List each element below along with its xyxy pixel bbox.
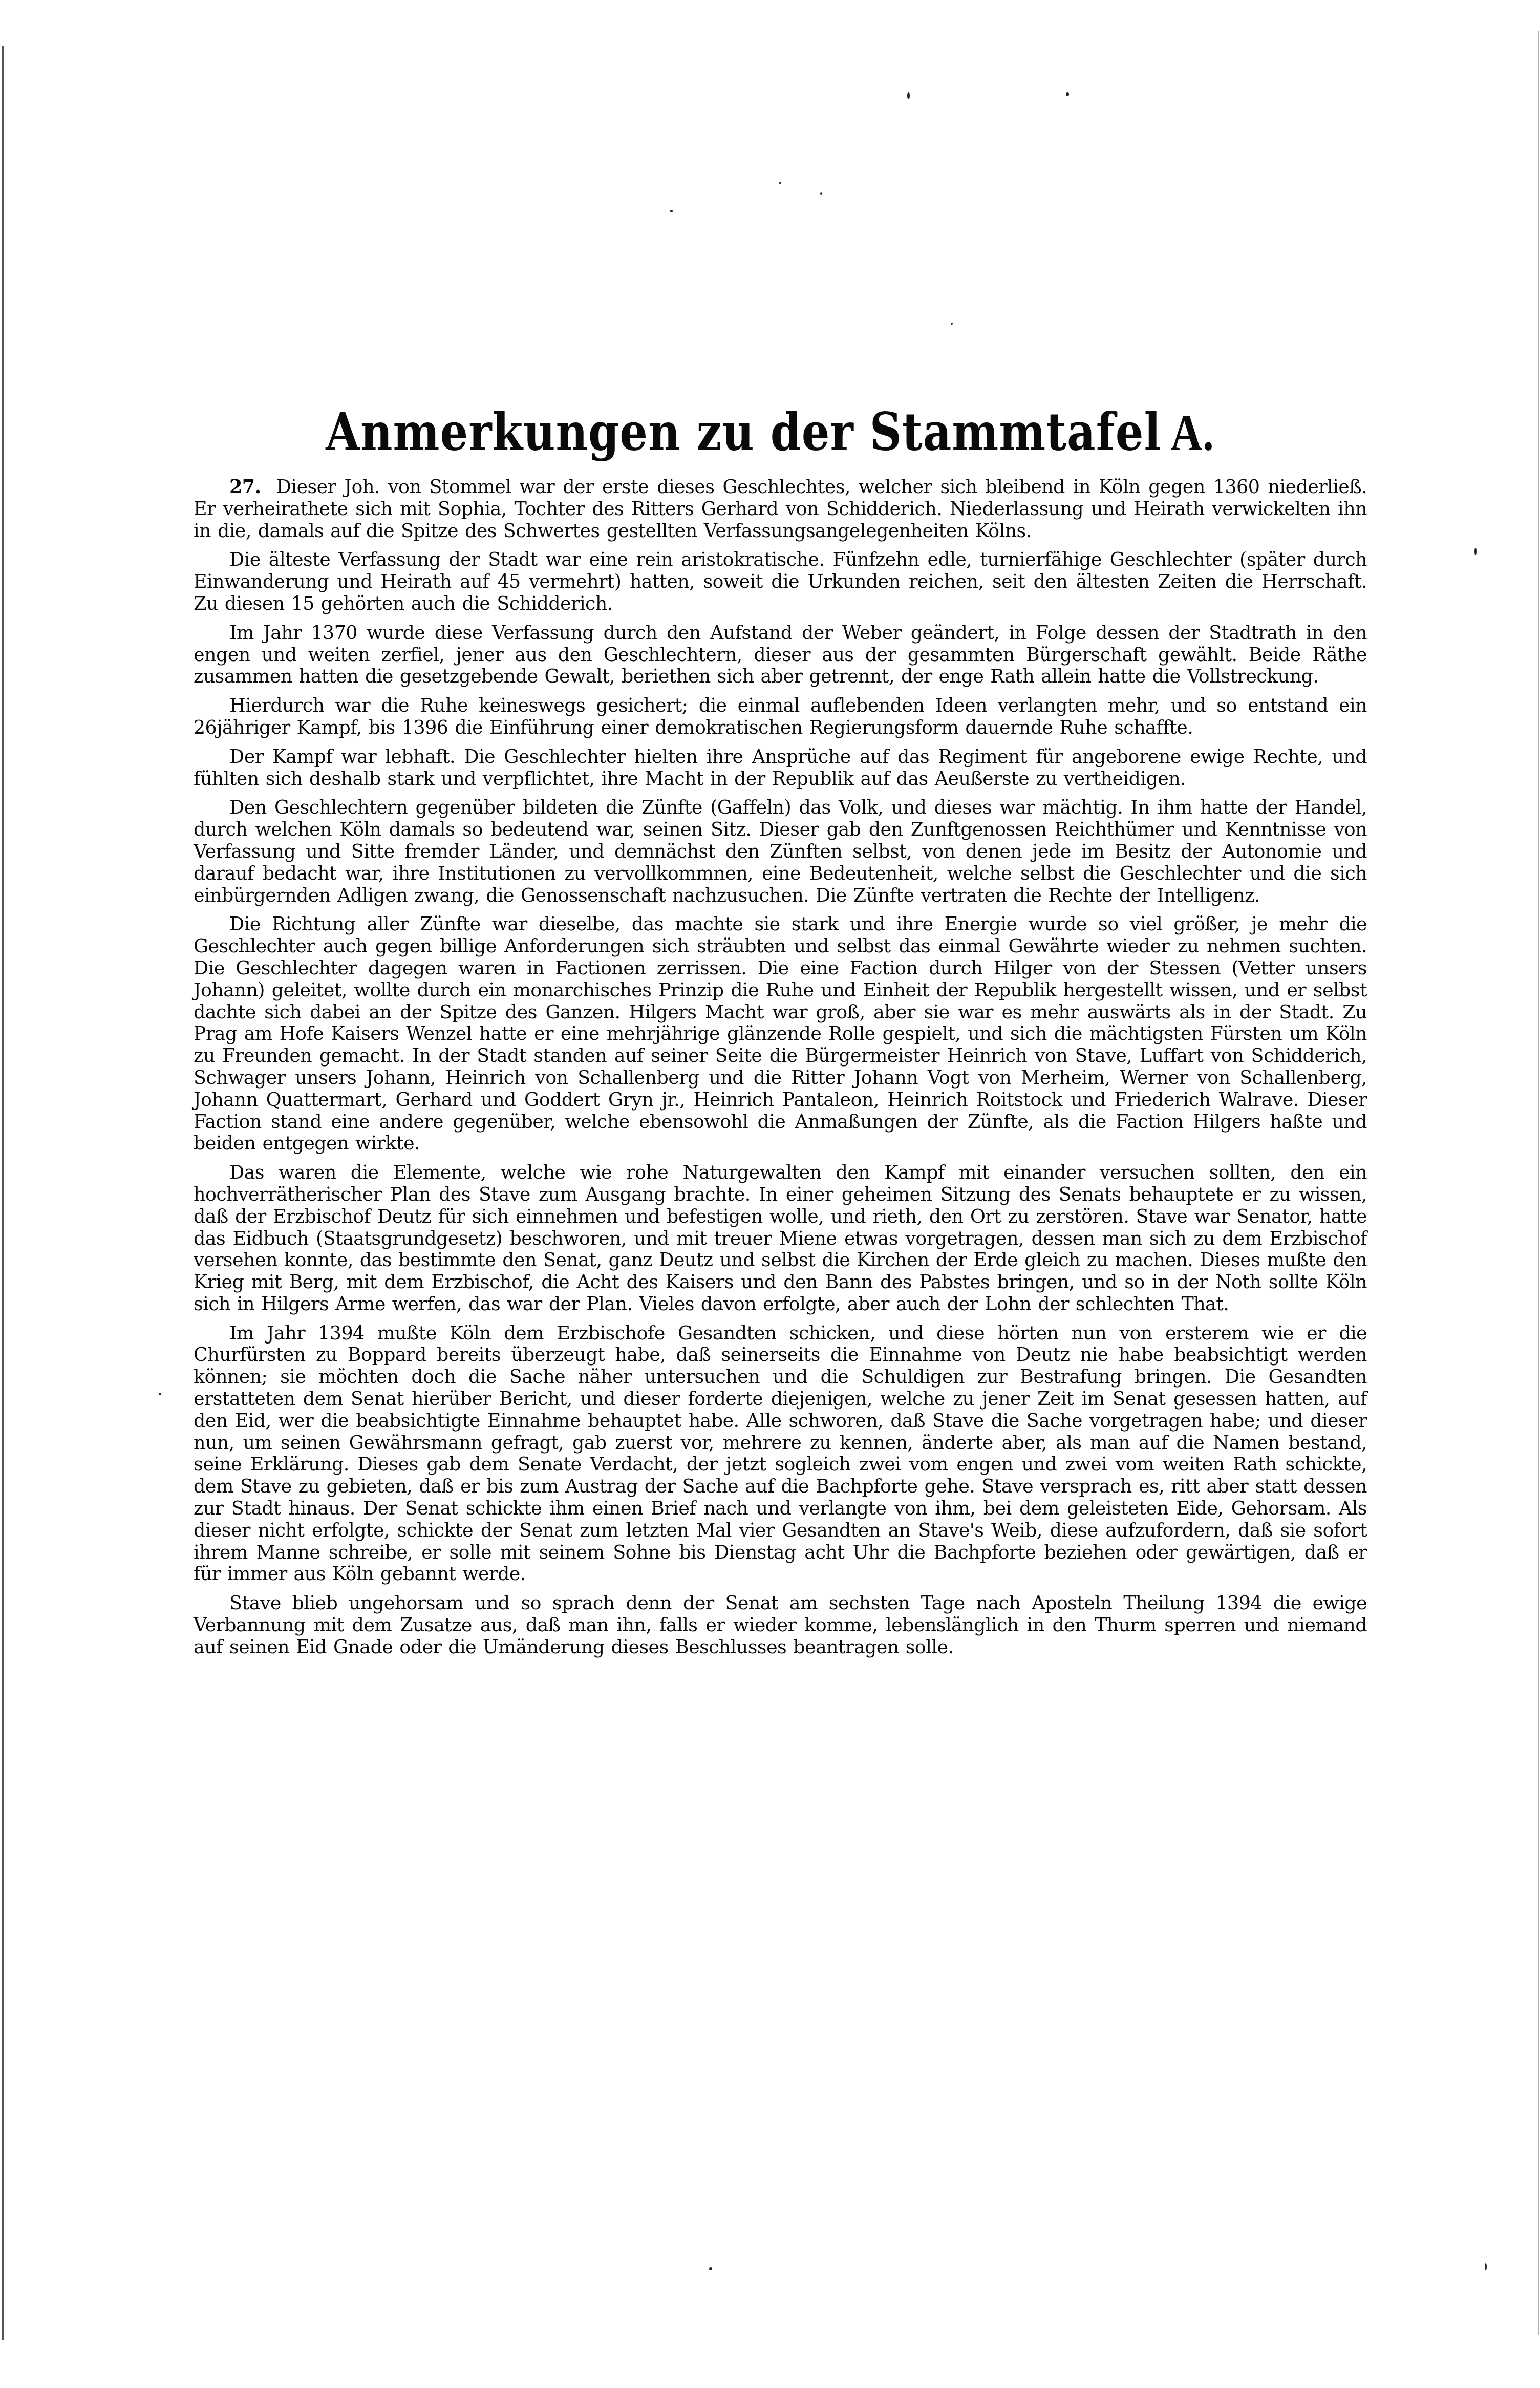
note-paragraph: Der Kampf war lebhaft. Die Geschlechter … [194, 746, 1367, 790]
scan-speck [820, 192, 822, 195]
paragraph-text: Im Jahr 1370 wurde diese Verfassung durc… [194, 622, 1367, 688]
scan-speck [1066, 92, 1069, 96]
note-paragraph: Hierdurch war die Ruhe keineswegs gesich… [194, 695, 1367, 739]
scan-speck [907, 92, 910, 99]
paragraph-text: Der Kampf war lebhaft. Die Geschlechter … [194, 745, 1367, 790]
page-edge-left [2, 46, 4, 2340]
paragraph-text: Stave blieb ungehorsam und so sprach den… [194, 1592, 1367, 1658]
scan-speck [1485, 2263, 1487, 2270]
paragraph-text: Das waren die Elemente, welche wie rohe … [194, 1161, 1367, 1315]
scan-speck [779, 182, 781, 184]
paragraph-text: Im Jahr 1394 mußte Köln dem Erzbischofe … [194, 1322, 1367, 1585]
note-paragraph: Die älteste Verfassung der Stadt war ein… [194, 549, 1367, 614]
note-paragraph: Das waren die Elemente, welche wie rohe … [194, 1162, 1367, 1315]
scan-speck [709, 2267, 712, 2270]
scan-speck [670, 210, 673, 212]
scan-speck [159, 1393, 161, 1395]
notes-body: 27.Dieser Joh. von Stommel war der erste… [194, 476, 1367, 1666]
paragraph-text: Die älteste Verfassung der Stadt war ein… [194, 548, 1367, 614]
note-paragraph: 27.Dieser Joh. von Stommel war der erste… [194, 476, 1367, 542]
scan-speck [1474, 548, 1477, 555]
note-paragraph: Im Jahr 1370 wurde diese Verfassung durc… [194, 622, 1367, 688]
title-text: Anmerkungen zu der Stammtafel [326, 402, 1161, 463]
note-paragraph: Stave blieb ungehorsam und so sprach den… [194, 1592, 1367, 1658]
page-edge-right [1538, 31, 1539, 2335]
note-paragraph: Die Richtung aller Zünfte war dieselbe, … [194, 913, 1367, 1155]
paragraph-text: Den Geschlechtern gegenüber bildeten die… [194, 796, 1367, 906]
title-suffix: A. [1170, 403, 1214, 461]
note-paragraph: Den Geschlechtern gegenüber bildeten die… [194, 797, 1367, 906]
scan-speck [951, 323, 953, 325]
page-title: Anmerkungen zu der StammtafelA. [0, 399, 1540, 466]
paragraph-text: Hierdurch war die Ruhe keineswegs gesich… [194, 694, 1367, 738]
note-paragraph: Im Jahr 1394 mußte Köln dem Erzbischofe … [194, 1323, 1367, 1586]
paragraph-text: Dieser Joh. von Stommel war der erste di… [194, 476, 1367, 542]
note-number: 27. [229, 476, 261, 498]
paragraph-text: Die Richtung aller Zünfte war dieselbe, … [194, 913, 1367, 1154]
